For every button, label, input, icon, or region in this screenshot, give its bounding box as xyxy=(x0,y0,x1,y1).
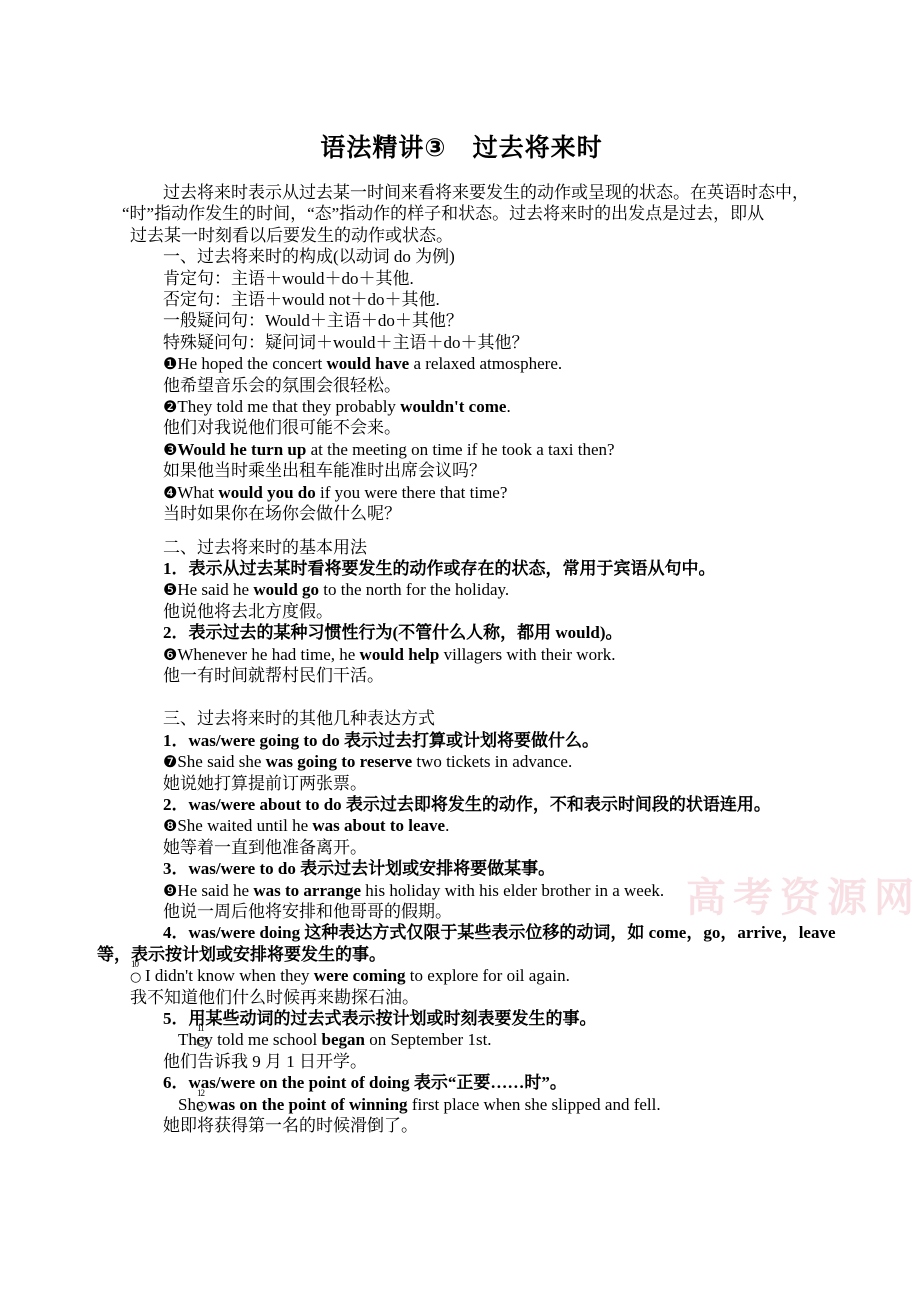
text-segment: 4．was/were doing 这种表达方式仅限于某些表示位移的动词，如 co… xyxy=(163,923,836,942)
formula-negative: 否定句：主语＋would not＋do＋其他. xyxy=(130,289,793,310)
text-segment: 他说一周后他将安排和他哥哥的假期。 xyxy=(163,902,452,921)
document-content: 语法精讲③ 过去将来时 过去将来时表示从过去某一时间来看将来要发生的动作或呈现的… xyxy=(130,128,793,1136)
example-6: ❻Whenever he had time, he would help vil… xyxy=(130,644,793,665)
text-segment: 当时如果你在场你会做什么呢？ xyxy=(163,504,401,523)
spacer-2 xyxy=(130,686,793,708)
point-3-5: 5．用某些动词的过去式表示按计划或时刻表要发生的事。 xyxy=(130,1008,793,1029)
text-segment: would go xyxy=(253,580,319,599)
text-segment: 6．was/were on the point of doing 表示“正要……… xyxy=(163,1073,567,1092)
circled-number-marker: ❽ xyxy=(163,816,177,835)
circled-number-marker: ❹ xyxy=(163,483,177,502)
text-segment: 二、过去将来时的基本用法 xyxy=(163,538,367,557)
example-1: ❶He hoped the concert would have a relax… xyxy=(130,353,793,374)
text-segment: first place when she slipped and fell. xyxy=(408,1095,661,1114)
circled-number-marker: ❾ xyxy=(163,881,177,900)
point-3-2: 2．was/were about to do 表示过去即将发生的动作，不和表示时… xyxy=(130,794,793,815)
text-segment: would help xyxy=(360,645,440,664)
text-segment: Whenever he had time, he xyxy=(177,645,359,664)
section-3-heading: 三、过去将来时的其他几种表达方式 xyxy=(130,708,793,729)
section-2-heading: 二、过去将来时的基本用法 xyxy=(130,537,793,558)
example-5: ❺He said he would go to the north for th… xyxy=(130,579,793,600)
translation-1: 他希望音乐会的氛围会很轻松。 xyxy=(130,375,793,396)
example-11: 11○They told me school began on Septembe… xyxy=(130,1029,793,1050)
text-segment: wouldn't come xyxy=(400,397,506,416)
text-segment: What xyxy=(177,483,218,502)
text-segment: his holiday with his elder brother in a … xyxy=(361,881,664,900)
text-segment: I didn't know when they xyxy=(145,966,314,985)
text-segment: He said he xyxy=(177,580,253,599)
text-segment: 3．was/were to do 表示过去计划或安排将要做某事。 xyxy=(163,859,555,878)
text-segment: . xyxy=(445,816,449,835)
circled-number-marker: 10○ xyxy=(130,965,145,983)
text-segment: began xyxy=(322,1030,365,1049)
spacer-1 xyxy=(130,525,793,537)
text-segment: “时”指动作发生的时间，“态”指动作的样子和状态。过去将来时的出发点是过去，即从 xyxy=(122,204,764,223)
intro-line-2: “时”指动作发生的时间，“态”指动作的样子和状态。过去将来时的出发点是过去，即从 xyxy=(122,203,793,224)
example-9: ❾He said he was to arrange his holiday w… xyxy=(130,880,793,901)
text-segment: She said she xyxy=(177,752,265,771)
formula-general-question: 一般疑问句：Would＋主语＋do＋其他？ xyxy=(130,310,793,331)
text-segment: 等，表示按计划或安排将要发生的事。 xyxy=(97,945,386,964)
translation-3: 如果他当时乘坐出租车能准时出席会议吗？ xyxy=(130,460,793,481)
text-segment: 5．用某些动词的过去式表示按计划或时刻表要发生的事。 xyxy=(163,1009,597,1028)
text-segment: would have xyxy=(327,354,410,373)
example-7: ❼She said she was going to reserve two t… xyxy=(130,751,793,772)
text-segment: 肯定句：主语＋would＋do＋其他. xyxy=(163,269,414,288)
text-segment: on September 1st. xyxy=(365,1030,492,1049)
circled-number-marker: ❺ xyxy=(163,580,177,599)
translation-8: 她等着一直到他准备离开。 xyxy=(130,837,793,858)
formula-affirmative: 肯定句：主语＋would＋do＋其他. xyxy=(130,268,793,289)
translation-12: 她即将获得第一名的时候滑倒了。 xyxy=(130,1115,793,1136)
text-segment: 过去某一时刻看以后要发生的动作或状态。 xyxy=(130,226,453,245)
circled-number-marker: ❶ xyxy=(163,354,177,373)
text-segment: a relaxed atmosphere. xyxy=(409,354,562,373)
circled-number-marker: ❻ xyxy=(163,645,177,664)
text-segment: 2．was/were about to do 表示过去即将发生的动作，不和表示时… xyxy=(163,795,771,814)
text-segment: He hoped the concert xyxy=(177,354,326,373)
point-3-6: 6．was/were on the point of doing 表示“正要……… xyxy=(130,1072,793,1093)
text-segment: 否定句：主语＋would not＋do＋其他. xyxy=(163,290,440,309)
point-2-2: 2．表示过去的某种习惯性行为(不管什么人称，都用 would)。 xyxy=(130,622,793,643)
intro-line-3: 过去某一时刻看以后要发生的动作或状态。 xyxy=(130,225,793,246)
section-1-heading: 一、过去将来时的构成(以动词 do 为例) xyxy=(130,246,793,267)
translation-9: 他说一周后他将安排和他哥哥的假期。 xyxy=(130,901,793,922)
text-segment: 1．was/were going to do 表示过去打算或计划将要做什么。 xyxy=(163,731,599,750)
text-segment: She waited until he xyxy=(177,816,312,835)
translation-10: 我不知道他们什么时候再来勘探石油。 xyxy=(130,987,793,1008)
text-segment: 他一有时间就帮村民们干活。 xyxy=(163,666,384,685)
text-segment: They told me that they probably xyxy=(177,397,400,416)
point-3-1: 1．was/were going to do 表示过去打算或计划将要做什么。 xyxy=(130,730,793,751)
page-title: 语法精讲③ 过去将来时 xyxy=(130,128,793,164)
text-segment: 我不知道他们什么时候再来勘探石油。 xyxy=(130,988,419,1007)
text-segment: 她说她打算提前订两张票。 xyxy=(163,774,367,793)
text-segment: 一、过去将来时的构成(以动词 do 为例) xyxy=(163,247,455,266)
document-page: 高考资源网 语法精讲③ 过去将来时 过去将来时表示从过去某一时间来看将来要发生的… xyxy=(0,0,920,1302)
text-segment: 三、过去将来时的其他几种表达方式 xyxy=(163,709,435,728)
text-segment: to the north for the holiday. xyxy=(319,580,509,599)
point-3-3: 3．was/were to do 表示过去计划或安排将要做某事。 xyxy=(130,858,793,879)
intro-line-1: 过去将来时表示从过去某一时间来看将来要发生的动作或呈现的状态。在英语时态中， xyxy=(130,182,793,203)
text-segment: 他说他将去北方度假。 xyxy=(163,602,333,621)
text-segment: 他希望音乐会的氛围会很轻松。 xyxy=(163,376,401,395)
text-segment: . xyxy=(506,397,510,416)
text-segment: 他们对我说他们很可能不会来。 xyxy=(163,418,401,437)
text-segment: two tickets in advance. xyxy=(412,752,572,771)
example-2: ❷They told me that they probably wouldn'… xyxy=(130,396,793,417)
example-3: ❸Would he turn up at the meeting on time… xyxy=(130,439,793,460)
text-segment: 特殊疑问句：疑问词＋would＋主语＋do＋其他？ xyxy=(163,333,529,352)
text-segment: 她即将获得第一名的时候滑倒了。 xyxy=(163,1116,418,1135)
text-segment: was going to reserve xyxy=(266,752,413,771)
text-segment: was about to leave xyxy=(312,816,445,835)
point-3-4-line-1: 4．was/were doing 这种表达方式仅限于某些表示位移的动词，如 co… xyxy=(130,922,793,943)
example-12: 12○She was on the point of winning first… xyxy=(130,1094,793,1115)
circled-number-marker: ❸ xyxy=(163,440,177,459)
example-8: ❽She waited until he was about to leave. xyxy=(130,815,793,836)
example-10: 10○I didn't know when they were coming t… xyxy=(130,965,793,986)
text-segment: He said he xyxy=(177,881,253,900)
text-segment: 如果他当时乘坐出租车能准时出席会议吗？ xyxy=(163,461,486,480)
text-segment: if you were there that time? xyxy=(316,483,508,502)
text-segment: were coming xyxy=(314,966,406,985)
point-3-4-line-2: 等，表示按计划或安排将要发生的事。 xyxy=(97,944,793,965)
circled-number-marker: 11○ xyxy=(163,1029,178,1047)
text-segment: was on the point of winning xyxy=(208,1095,408,1114)
text-segment: 一般疑问句：Would＋主语＋do＋其他？ xyxy=(163,311,463,330)
translation-6: 他一有时间就帮村民们干活。 xyxy=(130,665,793,686)
text-segment: 她等着一直到他准备离开。 xyxy=(163,838,367,857)
document-body: 过去将来时表示从过去某一时间来看将来要发生的动作或呈现的状态。在英语时态中，“时… xyxy=(130,182,793,1136)
text-segment: Would he turn up xyxy=(177,440,306,459)
text-segment: 他们告诉我 9 月 1 日开学。 xyxy=(163,1052,367,1071)
translation-4: 当时如果你在场你会做什么呢？ xyxy=(130,503,793,524)
circled-number-marker: ❼ xyxy=(163,752,177,771)
text-segment: would you do xyxy=(218,483,315,502)
translation-11: 他们告诉我 9 月 1 日开学。 xyxy=(130,1051,793,1072)
text-segment: villagers with their work. xyxy=(439,645,615,664)
text-segment: was to arrange xyxy=(253,881,361,900)
circled-number-marker: 12○ xyxy=(163,1094,178,1112)
example-4: ❹What would you do if you were there tha… xyxy=(130,482,793,503)
text-segment: 2．表示过去的某种习惯性行为(不管什么人称，都用 would)。 xyxy=(163,623,622,642)
translation-7: 她说她打算提前订两张票。 xyxy=(130,773,793,794)
translation-2: 他们对我说他们很可能不会来。 xyxy=(130,417,793,438)
point-2-1: 1．表示从过去某时看将要发生的动作或存在的状态，常用于宾语从句中。 xyxy=(130,558,793,579)
formula-special-question: 特殊疑问句：疑问词＋would＋主语＋do＋其他？ xyxy=(130,332,793,353)
text-segment: to explore for oil again. xyxy=(406,966,570,985)
circled-number-marker: ❷ xyxy=(163,397,177,416)
text-segment: at the meeting on time if he took a taxi… xyxy=(306,440,614,459)
text-segment: 过去将来时表示从过去某一时间来看将来要发生的动作或呈现的状态。在英语时态中， xyxy=(163,183,809,202)
text-segment: 1．表示从过去某时看将要发生的动作或存在的状态，常用于宾语从句中。 xyxy=(163,559,716,578)
translation-5: 他说他将去北方度假。 xyxy=(130,601,793,622)
